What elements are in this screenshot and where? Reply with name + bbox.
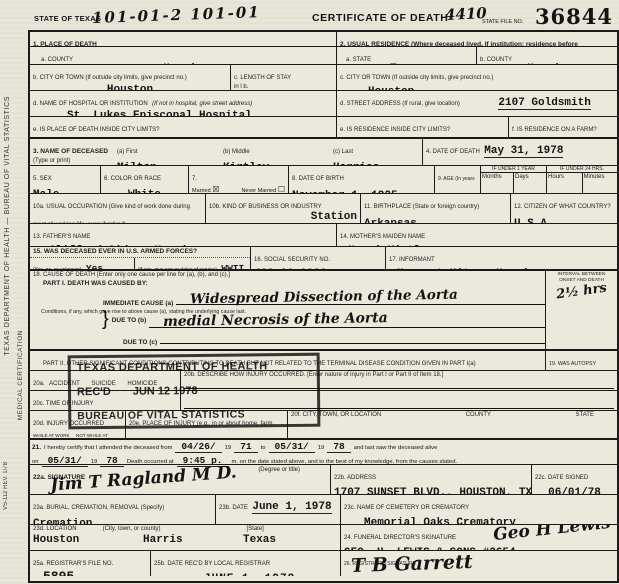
pod-limits-cell: e. IS PLACE OF DEATH INSIDE CITY LIMITS?… — [30, 117, 336, 137]
physician-signature-row: 22a. SIGNATURE (Degree or title) Jim T R… — [30, 464, 617, 494]
place-of-death-section: 1. PLACE OF DEATH — [30, 32, 336, 46]
married-option: Married ☒ — [192, 186, 219, 193]
first-name-cell: (a) First Milton — [114, 139, 220, 165]
burial-method-cell: 23a. BURIAL, CREMATION, REMOVAL (Specify… — [30, 495, 215, 524]
usual-residence-section: 2. USUAL RESIDENCE (Where deceased lived… — [336, 32, 617, 46]
cause-of-death-main: 18. CAUSE OF DEATH [Enter only one cause… — [30, 271, 545, 349]
burial-state-value: Texas — [243, 534, 276, 546]
attended-from-year: 71 — [234, 441, 257, 453]
name-of-deceased-note: (Type or print) — [33, 158, 111, 165]
married-checkbox: ☒ — [212, 185, 219, 193]
city-row: b. CITY OR TOWN (If outside city limits,… — [30, 64, 617, 90]
autopsy-cell: 19. WAS AUTOPSY PERFORMED? YES ☐ NO ☒ — [545, 351, 617, 370]
burial-date-cell: 23b. DATE June 1, 1978 — [215, 495, 340, 524]
minutes-label: Minutes — [583, 173, 618, 193]
due-to-b-label: DUE TO (b) — [112, 317, 147, 325]
parents-row: 13. FATHER'S NAME Clifford Sidney Harris… — [30, 223, 617, 246]
occupation-cell: 10a. USUAL OCCUPATION (Give kind of work… — [30, 194, 205, 223]
business-value-top: Station — [209, 211, 357, 223]
cemetery-value: Memorial Oaks Crematory — [364, 517, 614, 524]
injury-location-cell: 20f. CITY, TOWN, OR LOCATION COUNTY STAT… — [287, 411, 617, 438]
age-label: 9. AGE (In years last birthday) — [438, 176, 475, 193]
date-of-death-value: May 31, 1978 — [484, 145, 563, 158]
cause-of-death-label: 18. CAUSE OF DEATH [Enter only one cause… — [33, 272, 545, 279]
last-name-cell: (c) Last Harriss — [330, 139, 422, 165]
autopsy-label: 19. WAS AUTOPSY PERFORMED? — [549, 361, 596, 370]
race-cell: 6. COLOR OR RACE White — [100, 166, 188, 193]
father-cell: 13. FATHER'S NAME Clifford Sidney Harris… — [30, 224, 336, 246]
last-name-label: (c) Last — [333, 149, 353, 155]
never-married-option: Never Married ☐ — [241, 186, 285, 193]
state-file-number: 36844 — [535, 4, 613, 29]
injury-20a-label: 20a. — [33, 381, 45, 387]
certificate-form: 1. PLACE OF DEATH 2. USUAL RESIDENCE (Wh… — [28, 30, 619, 583]
marital-status-cell: 7. Married ☒ Never Married ☐ Widowed ☐ D… — [188, 166, 288, 193]
name-row: 3. NAME OF DECEASED (Type or print) (a) … — [30, 137, 617, 165]
attended-to-year: 78 — [327, 441, 350, 453]
interval-cell: INTERVAL BETWEEN ONSET AND DEATH 2½ hrs — [545, 271, 617, 349]
state-file-no-label: STATE FILE NO. — [482, 19, 523, 25]
pod-county-cell: a. COUNTY Harris — [30, 47, 336, 64]
date-of-death-cell: 4. DATE OF DEATH May 31, 1978 — [422, 139, 617, 165]
stamp-recd-date: JUN 12 1978 — [133, 385, 198, 398]
date-of-death-label: 4. DATE OF DEATH — [426, 149, 480, 155]
mother-cell: 14. MOTHER'S MAIDEN NAME Naomi Kirtley — [336, 224, 617, 246]
sex-race-row: 5. SEX Male 6. COLOR OR RACE White 7. Ma… — [30, 165, 617, 193]
burial-label: 23a. BURIAL, CREMATION, REMOVAL (Specify… — [33, 505, 164, 511]
street-address-cell: d. STREET ADDRESS (If rural, give locati… — [336, 91, 617, 116]
burial-row: 23a. BURIAL, CREMATION, REMOVAL (Specify… — [30, 494, 617, 524]
burial-city-value: Houston — [33, 534, 143, 546]
cause-a-value: Widespread Dissection of the Aorta — [190, 287, 458, 308]
middle-name-cell: (b) Middle Kirtley — [220, 139, 330, 165]
months-label: Months — [481, 173, 514, 193]
farm-cell: f. IS RESIDENCE ON A FARM? YES ☐ NO ☒ — [508, 117, 617, 137]
occupation-label: 10a. USUAL OCCUPATION (Give kind of work… — [33, 204, 190, 223]
street-address-value: 2107 Goldsmith — [498, 97, 590, 110]
handwritten-district-code: 101-01-2 101-01 — [92, 3, 261, 27]
cemetery-label: 23c. NAME OF CEMETERY OR CREMATORY — [344, 505, 469, 511]
attended-from-value: 04/26/ — [175, 441, 221, 453]
margin-form-revision-text: VS-112 REV. 1/78 — [3, 462, 9, 510]
certify-number: 21. — [32, 444, 41, 451]
informant-label: 17. INFORMANT — [389, 257, 435, 263]
received-stamp: TEXAS DEPARTMENT OF HEALTH REC'D JUN 12 … — [68, 353, 321, 430]
stamp-recd-label: REC'D — [77, 386, 111, 398]
length-of-stay-cell: c. LENGTH OF STAY in l b. 28yrs, — [230, 65, 336, 90]
registrar-signature-script: T B Garrett — [351, 551, 473, 576]
injury-state-label: STATE — [576, 412, 594, 437]
pod-limits-label: e. IS PLACE OF DEATH INSIDE CITY LIMITS? — [33, 127, 159, 133]
hospital-label: d. NAME OF HOSPITAL OR INSTITUTION — [33, 101, 148, 107]
under-24-hrs-cell: IF UNDER 24 HRS. Hours Minutes — [546, 166, 617, 193]
registrar-row: 25a. REGISTRAR'S FILE NO. 5895 25b. DATE… — [30, 550, 617, 576]
hospital-row: d. NAME OF HOSPITAL OR INSTITUTION (If n… — [30, 90, 617, 116]
certify-19a: 19 — [225, 445, 232, 451]
registrar-date-cell: 25b. DATE REC'D BY LOCAL REGISTRAR JUNE … — [150, 551, 340, 576]
header: STATE OF TEXAS 101-01-2 101-01 CERTIFICA… — [30, 2, 615, 30]
pod-city-label: b. CITY OR TOWN (If outside city limits,… — [33, 75, 187, 81]
address-label: 22b. ADDRESS — [334, 475, 376, 481]
funeral-director-label: 24. FUNERAL DIRECTOR'S SIGNATURE — [344, 535, 456, 541]
registrar-file-cell: 25a. REGISTRAR'S FILE NO. 5895 — [30, 551, 150, 576]
under-1-year-label: IF UNDER 1 YEAR — [481, 166, 546, 173]
citizen-label: 12. CITIZEN OF WHAT COUNTRY? — [514, 204, 611, 210]
registrar-date-value: JUNE 1, 1978 — [204, 573, 337, 576]
hospital-cell: d. NAME OF HOSPITAL OR INSTITUTION (If n… — [30, 91, 336, 116]
never-married-checkbox: ☐ — [278, 185, 285, 193]
certify-row: 21. I hereby certify that I attended the… — [30, 438, 617, 464]
stamp-bureau-line: BUREAU OF VITAL STATISTICS — [77, 408, 311, 422]
injury-county-label: COUNTY — [466, 412, 491, 437]
immediate-cause-label: IMMEDIATE CAUSE (a) — [103, 300, 173, 308]
certificate-title: CERTIFICATE OF DEATH — [312, 12, 448, 24]
burial-county-value: Harris — [143, 534, 243, 546]
stamp-dept-line: TEXAS DEPARTMENT OF HEALTH — [77, 360, 311, 374]
registrar-signature-cell: 26. REGISTRAR'S SIGNATURE T B Garrett — [340, 551, 617, 576]
citizen-cell: 12. CITIZEN OF WHAT COUNTRY? U.S.A. — [510, 194, 617, 223]
registrar-date-label: 25b. DATE REC'D BY LOCAL REGISTRAR — [154, 561, 270, 567]
date-signed-value: 06/01/78 — [535, 487, 614, 494]
certify-text-2: to — [261, 445, 266, 451]
birthplace-label: 11. BIRTHPLACE (State or foreign country… — [364, 204, 479, 210]
armed-forces-label: 15. WAS DECEASED EVER IN U.S. ARMED FORC… — [30, 247, 250, 258]
hospital-note: (If not in hospital, give street address… — [152, 101, 252, 107]
registrar-file-value: 5895 — [43, 570, 147, 576]
physician-signature-script: Jim T Ragland M D. — [50, 465, 238, 494]
handwritten-number: 4410 — [445, 4, 488, 24]
ssn-cell: 16. SOCIAL SECURITY NO. 429-26-9386 — [250, 247, 385, 269]
occupation-row: 10a. USUAL OCCUPATION (Give kind of work… — [30, 193, 617, 223]
date-of-birth-label: 8. DATE OF BIRTH — [292, 176, 344, 182]
informant-cell: 17. INFORMANT Margret Hitson Harriss — [385, 247, 617, 269]
brace-glyph: } — [102, 309, 109, 329]
length-of-stay-label: c. LENGTH OF STAY — [234, 75, 291, 81]
sex-cell: 5. SEX Male — [30, 166, 100, 193]
funeral-director-cell: 24. FUNERAL DIRECTOR'S SIGNATURE GEO. H.… — [340, 525, 617, 550]
middle-name-label: (b) Middle — [223, 149, 250, 155]
res-limits-label: e. IS RESIDENCE INSIDE CITY LIMITS? — [340, 127, 450, 133]
ssn-label: 16. SOCIAL SECURITY NO. — [254, 257, 330, 263]
cemetery-cell: 23c. NAME OF CEMETERY OR CREMATORY Memor… — [340, 495, 617, 524]
sex-label: 5. SEX — [33, 176, 52, 182]
cause-b-line: medial Necrosis of the Aorta — [149, 311, 545, 328]
armed-forces-answer: (Yes, no, or unknown) Yes — [30, 258, 134, 269]
res-city-label: c. CITY OR TOWN (If outside city limits,… — [340, 75, 493, 81]
date-of-birth-cell: 8. DATE OF BIRTH November 1, 1925 — [288, 166, 434, 193]
attended-to-value: 05/31/ — [269, 441, 315, 453]
marital-label: 7. — [192, 176, 197, 182]
res-state-cell: a. STATE Texas — [336, 47, 476, 64]
name-of-deceased-cell: 3. NAME OF DECEASED (Type or print) — [30, 139, 114, 165]
certify-text-1: I hereby certify that I attended the dec… — [44, 445, 172, 451]
county-row: a. COUNTY Harris a. STATE Texas b. COUNT… — [30, 46, 617, 64]
limits-row: e. IS PLACE OF DEATH INSIDE CITY LIMITS?… — [30, 116, 617, 137]
hours-label: Hours — [547, 173, 583, 193]
burial-location-label: 23d. LOCATION — [33, 526, 77, 533]
res-state-label: a. STATE — [346, 57, 371, 63]
margin-dept-text: TEXAS DEPARTMENT OF HEALTH — BUREAU OF V… — [4, 96, 11, 356]
days-label: Days — [514, 173, 546, 193]
res-city-cell: c. CITY OR TOWN (If outside city limits,… — [336, 65, 617, 90]
registrar-file-label: 25a. REGISTRAR'S FILE NO. — [33, 561, 113, 567]
mother-label: 14. MOTHER'S MAIDEN NAME — [340, 234, 425, 240]
first-name-label: (a) First — [117, 149, 138, 155]
business-label: 10b. KIND OF BUSINESS OR INDUSTRY — [209, 204, 322, 210]
farm-label: f. IS RESIDENCE ON A FARM? — [512, 127, 597, 133]
burial-date-value: June 1, 1978 — [252, 501, 331, 514]
burial-date-label: 23b. DATE — [219, 505, 248, 511]
under-24-hrs-label: IF UNDER 24 HRS. — [547, 166, 617, 173]
death-certificate-document: TEXAS DEPARTMENT OF HEALTH — BUREAU OF V… — [0, 0, 619, 584]
father-label: 13. FATHER'S NAME — [33, 234, 90, 240]
cause-b-value: medial Necrosis of the Aorta — [163, 310, 388, 330]
street-address-label: d. STREET ADDRESS (If rural, give locati… — [340, 101, 460, 107]
section-head-row: 1. PLACE OF DEATH 2. USUAL RESIDENCE (Wh… — [30, 32, 617, 46]
name-of-deceased-label: 3. NAME OF DECEASED — [33, 148, 108, 155]
burial-location-row: 23d. LOCATION (City, town, or county) [S… — [30, 524, 617, 550]
date-signed-label: 22c. DATE SIGNED — [535, 475, 588, 481]
pod-county-label: a. COUNTY — [41, 57, 73, 63]
signature-degree-note: (Degree or title) — [258, 467, 300, 474]
business-cell: 10b. KIND OF BUSINESS OR INDUSTRY Statio… — [205, 194, 360, 223]
pod-city-cell: b. CITY OR TOWN (If outside city limits,… — [30, 65, 230, 90]
age-cell: 9. AGE (In years last birthday) 52 — [434, 166, 480, 193]
burial-location-cell: 23d. LOCATION (City, town, or county) [S… — [30, 525, 340, 550]
res-limits-cell: e. IS RESIDENCE INSIDE CITY LIMITS? YES … — [336, 117, 508, 137]
part1-label: PART I. DEATH WAS CAUSED BY: — [43, 280, 545, 288]
conditions-note: Conditions, if any, which gave rise to a… — [41, 309, 99, 315]
race-label: 6. COLOR OR RACE — [104, 176, 161, 182]
birthplace-cell: 11. BIRTHPLACE (State or foreign country… — [360, 194, 510, 223]
due-to-c-label: DUE TO (c) — [123, 339, 157, 347]
physician-signature-cell: 22a. SIGNATURE (Degree or title) Jim T R… — [30, 465, 330, 494]
burial-location-note2: [State] — [246, 526, 263, 533]
certify-19b: 19 — [318, 445, 325, 451]
physician-address-cell: 22b. ADDRESS 1707 SUNSET BLVD., HOUSTON,… — [330, 465, 531, 494]
res-county-label: b. COUNTY — [480, 57, 512, 63]
war-service: (If yes, give war or dates of service) W… — [134, 258, 250, 269]
armed-forces-row: 15. WAS DECEASED EVER IN U.S. ARMED FORC… — [30, 246, 617, 269]
cause-of-death-row: 18. CAUSE OF DEATH [Enter only one cause… — [30, 269, 617, 349]
date-signed-cell: 22c. DATE SIGNED 06/01/78 — [531, 465, 617, 494]
cause-a-line: Widespread Dissection of the Aorta — [176, 290, 545, 305]
armed-forces-cell: 15. WAS DECEASED EVER IN U.S. ARMED FORC… — [30, 247, 250, 269]
under-1-year-cell: IF UNDER 1 YEAR Months Days — [480, 166, 546, 193]
cause-c-line — [160, 335, 545, 344]
funeral-director-signature-script: Geo H Lewis — [492, 525, 611, 545]
burial-location-note1: (City, town, or county) — [103, 526, 161, 533]
res-county-cell: b. COUNTY Harris — [476, 47, 617, 64]
margin-medical-certification-text: MEDICAL CERTIFICATION — [17, 330, 24, 420]
certify-text-3: and last saw the deceased alive — [354, 445, 438, 451]
address-value: 1707 SUNSET BLVD., HOUSTON, TX. — [334, 487, 528, 494]
